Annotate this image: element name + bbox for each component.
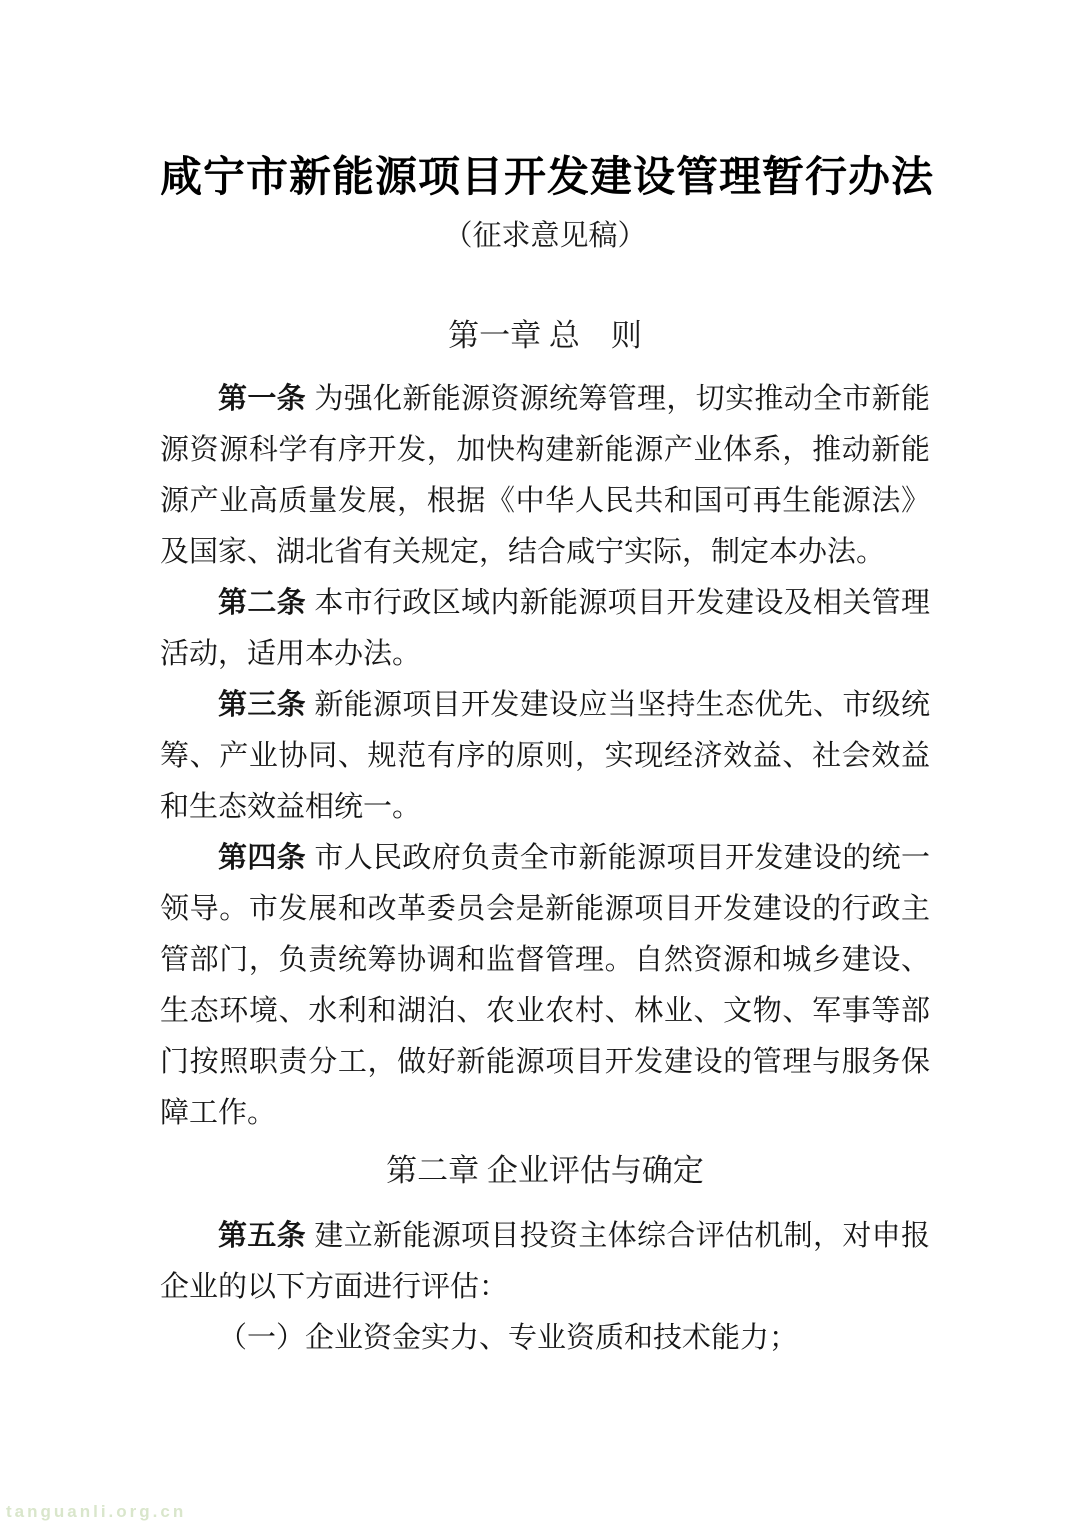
article-2-label: 第二条 (218, 587, 306, 619)
article-5: 第五条 建立新能源项目投资主体综合评估机制，对申报企业的以下方面进行评估： (160, 1211, 930, 1313)
article-3: 第三条 新能源项目开发建设应当坚持生态优先、市级统筹、产业协同、规范有序的原则，… (160, 680, 930, 833)
chapter-2-heading: 第二章 企业评估与确定 (160, 1149, 930, 1193)
article-4: 第四条 市人民政府负责全市新能源项目开发建设的统一领导。市发展和改革委员会是新能… (160, 833, 930, 1139)
watermark-text: tanguanli.org.cn (6, 1502, 186, 1522)
chapter-1-heading: 第一章 总 则 (160, 314, 930, 358)
article-4-label: 第四条 (218, 842, 306, 874)
article-2: 第二条 本市行政区域内新能源项目开发建设及相关管理活动，适用本办法。 (160, 578, 930, 680)
article-5-label: 第五条 (218, 1220, 306, 1252)
document-subtitle: （征求意见稿） (160, 216, 930, 256)
article-3-label: 第三条 (218, 689, 306, 721)
article-5-list-item-1: （一）企业资金实力、专业资质和技术能力； (160, 1313, 930, 1364)
document-title: 咸宁市新能源项目开发建设管理暂行办法 (160, 150, 930, 206)
document-content: 咸宁市新能源项目开发建设管理暂行办法 （征求意见稿） 第一章 总 则 第一条 为… (0, 0, 1080, 1364)
document-page: { "doc": { "title": "咸宁市新能源项目开发建设管理暂行办法"… (0, 0, 1080, 1527)
article-1-label: 第一条 (218, 383, 306, 415)
article-4-text: 市人民政府负责全市新能源项目开发建设的统一领导。市发展和改革委员会是新能源项目开… (160, 842, 930, 1129)
article-1: 第一条 为强化新能源资源统筹管理，切实推动全市新能源资源科学有序开发，加快构建新… (160, 374, 930, 578)
